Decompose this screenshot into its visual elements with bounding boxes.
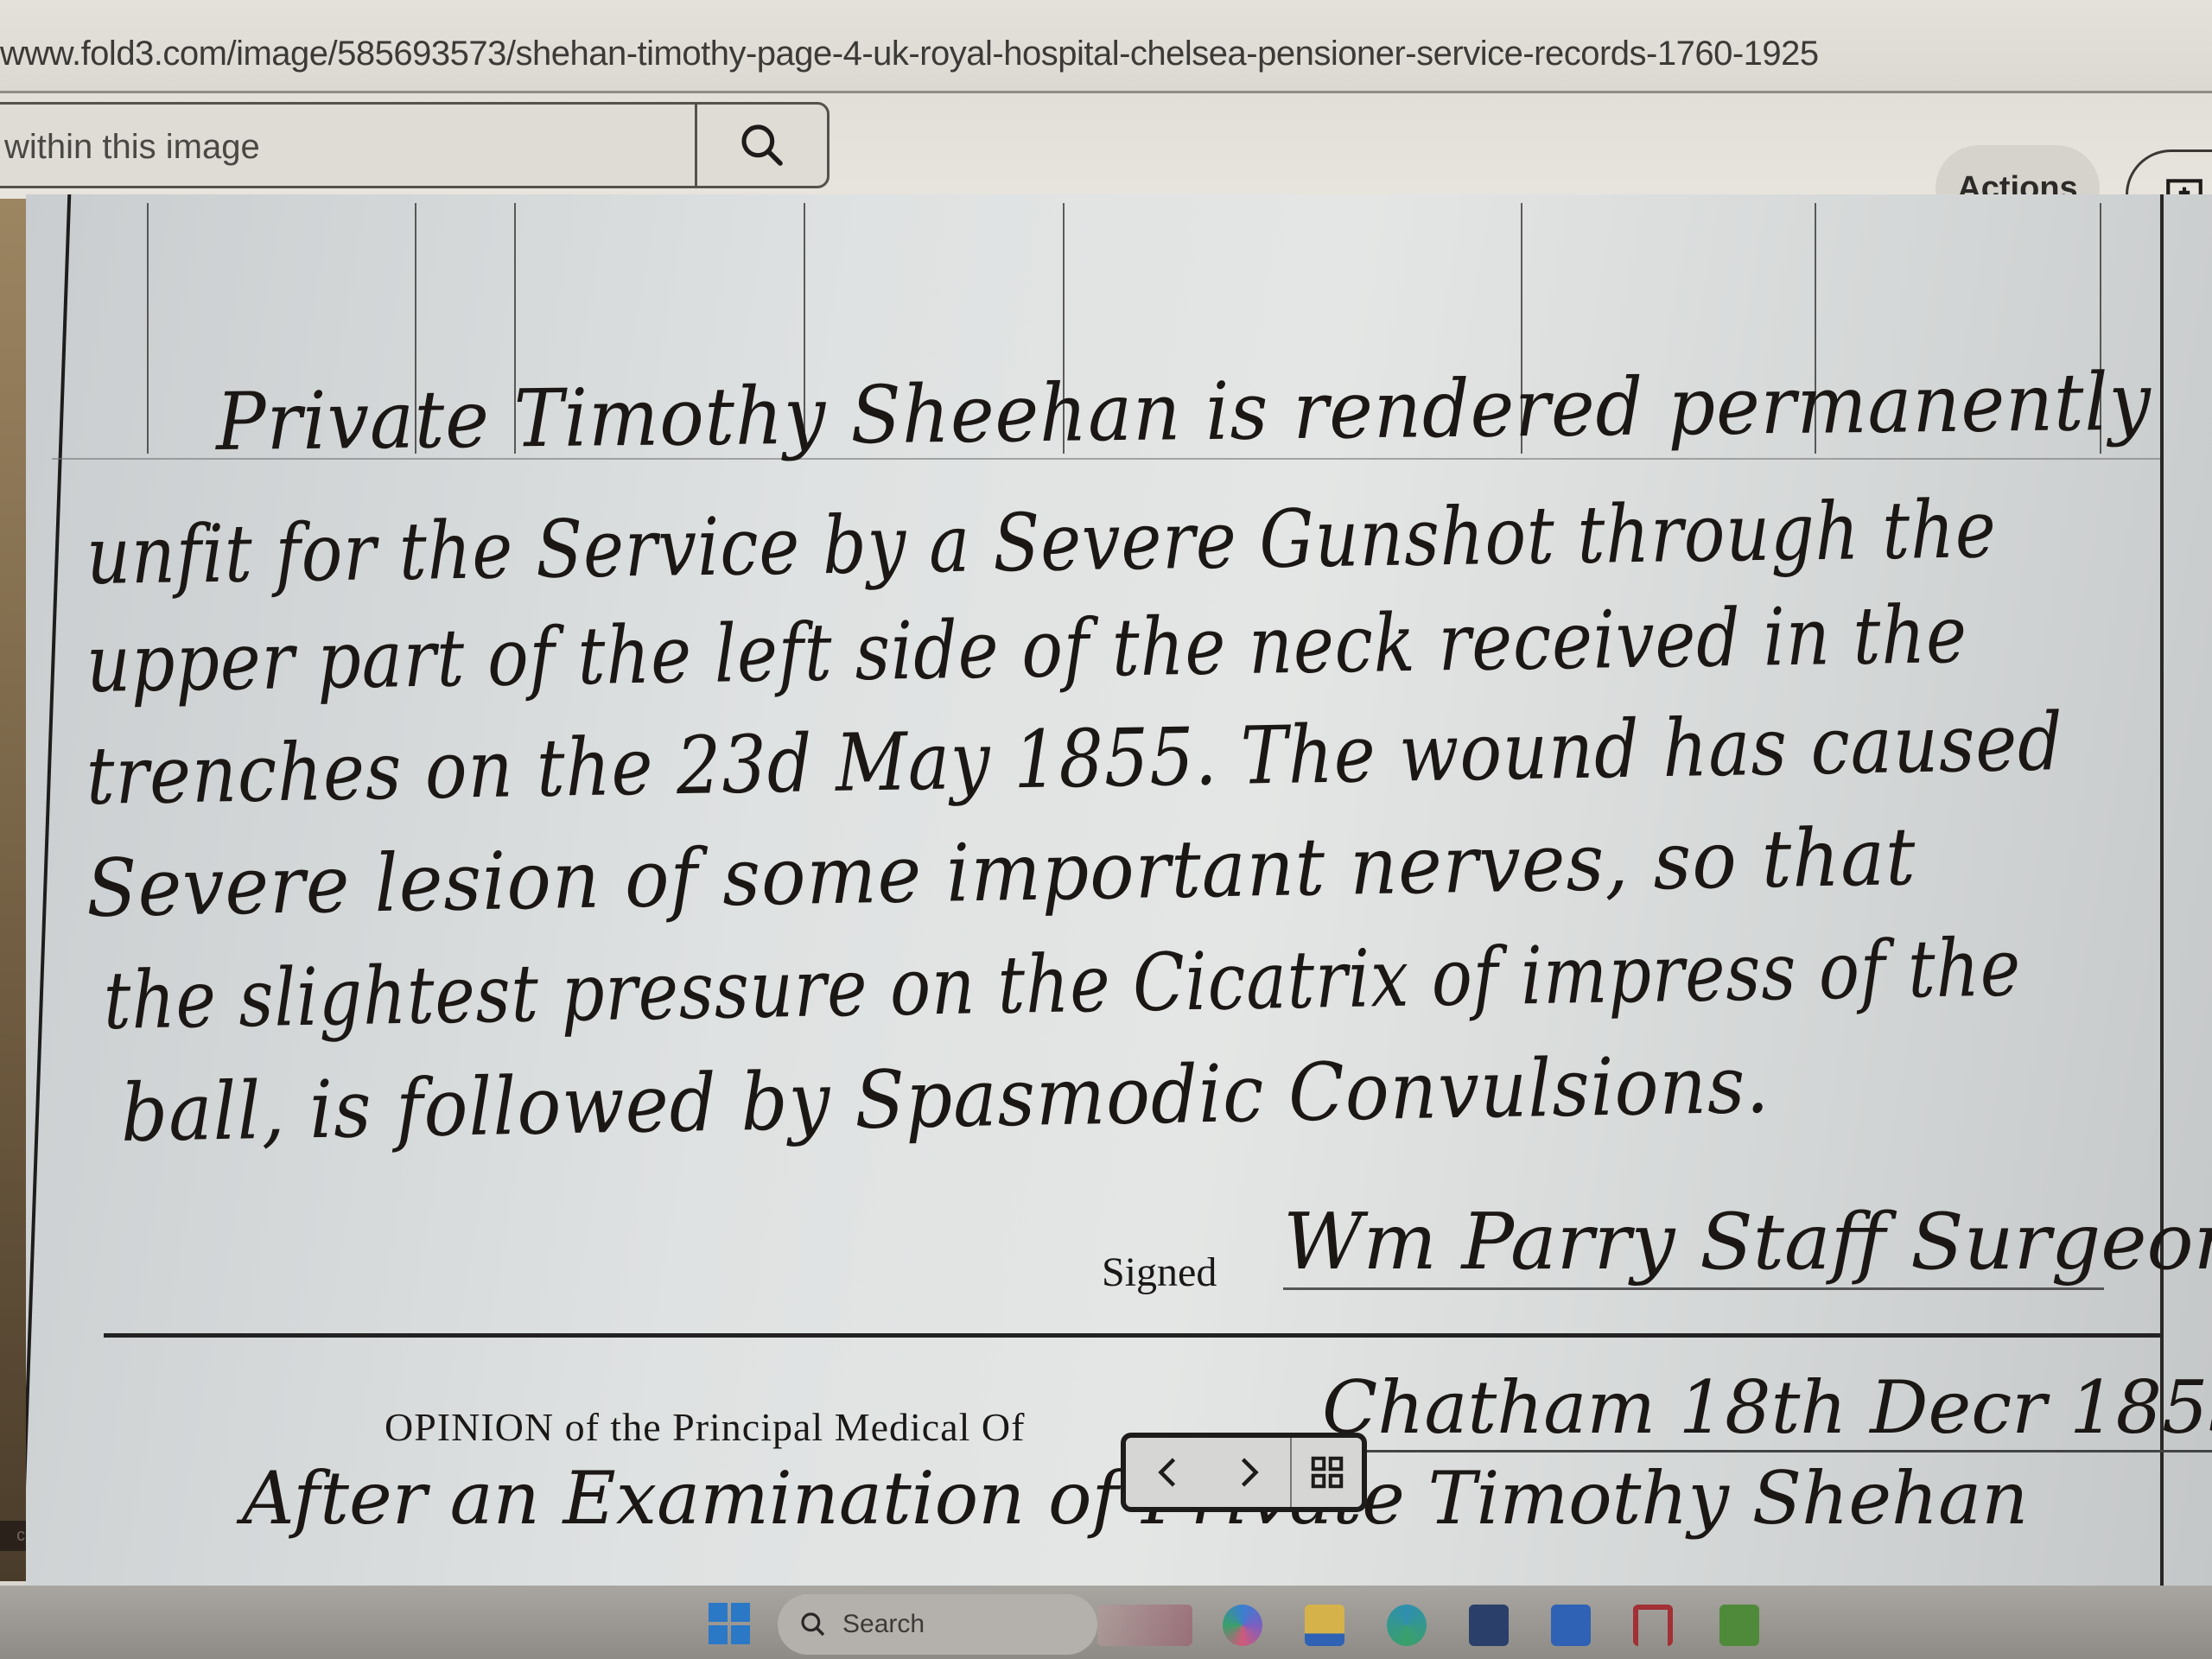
windows-taskbar: Search — [0, 1586, 2212, 1659]
search-icon — [738, 121, 786, 169]
document-image[interactable]: Private Timothy Sheehan is rendered perm… — [26, 194, 2212, 1594]
signature: Wm Parry Staff Surgeon — [1283, 1197, 2104, 1290]
search-icon — [799, 1611, 827, 1638]
form-border-left — [26, 194, 71, 1594]
opinion-date: Chatham 18th Decr 1855 — [1322, 1365, 2212, 1452]
taskbar-search-label: Search — [842, 1610, 925, 1639]
section-divider — [104, 1333, 2160, 1338]
windows-logo-icon — [709, 1625, 728, 1644]
taskbar-search[interactable]: Search — [778, 1594, 1097, 1655]
handwritten-line: Severe lesion of some important nerves, … — [86, 810, 1916, 935]
handwritten-line: trenches on the 23d May 1855. The wound … — [86, 696, 2064, 823]
next-image-button[interactable] — [1224, 1446, 1275, 1498]
handwritten-line: unfit for the Service by a Severe Gunsho… — [86, 483, 1997, 602]
chevron-right-icon — [1236, 1455, 1262, 1490]
windows-logo-icon — [731, 1603, 750, 1622]
handwritten-line: upper part of the left side of the neck … — [86, 588, 1967, 710]
mail-icon[interactable] — [1633, 1605, 1673, 1646]
signature-row: Signed Wm Parry Staff Surgeon — [1102, 1249, 1217, 1296]
signed-label: Signed — [1102, 1249, 1217, 1295]
file-explorer-icon[interactable] — [1305, 1605, 1344, 1646]
form-column-line — [147, 203, 149, 454]
grid-icon — [1310, 1455, 1344, 1490]
browser-address-bar[interactable]: www.fold3.com/image/585693573/shehan-tim… — [0, 0, 2212, 93]
url-text[interactable]: www.fold3.com/image/585693573/shehan-tim… — [0, 35, 1819, 73]
windows-logo-icon — [709, 1603, 728, 1622]
search-button[interactable] — [695, 105, 827, 186]
store-icon[interactable] — [1469, 1605, 1509, 1646]
start-button[interactable] — [709, 1603, 750, 1644]
thumbnail-grid-button[interactable] — [1292, 1438, 1362, 1507]
windows-logo-icon — [731, 1625, 750, 1644]
image-pager — [1121, 1433, 1367, 1512]
previous-image-button[interactable] — [1141, 1446, 1193, 1498]
opinion-heading: OPINION of the Principal Medical Of — [385, 1404, 1025, 1450]
chevron-left-icon — [1154, 1455, 1180, 1490]
handwritten-line: ball, is followed by Spasmodic Convulsio… — [120, 1039, 1770, 1160]
handwritten-line: the slightest pressure on the Cicatrix o… — [103, 921, 2022, 1047]
handwritten-line: Private Timothy Sheehan is rendered perm… — [215, 356, 2152, 468]
copilot-icon[interactable] — [1223, 1605, 1262, 1646]
image-search-input[interactable] — [3, 120, 689, 174]
word-app-icon[interactable] — [1551, 1605, 1591, 1646]
pager-nav — [1126, 1438, 1292, 1507]
taskbar-widget-icon[interactable] — [1097, 1605, 1192, 1646]
edge-browser-icon[interactable] — [1387, 1605, 1427, 1646]
image-search-box — [0, 102, 829, 188]
green-app-icon[interactable] — [1719, 1605, 1759, 1646]
